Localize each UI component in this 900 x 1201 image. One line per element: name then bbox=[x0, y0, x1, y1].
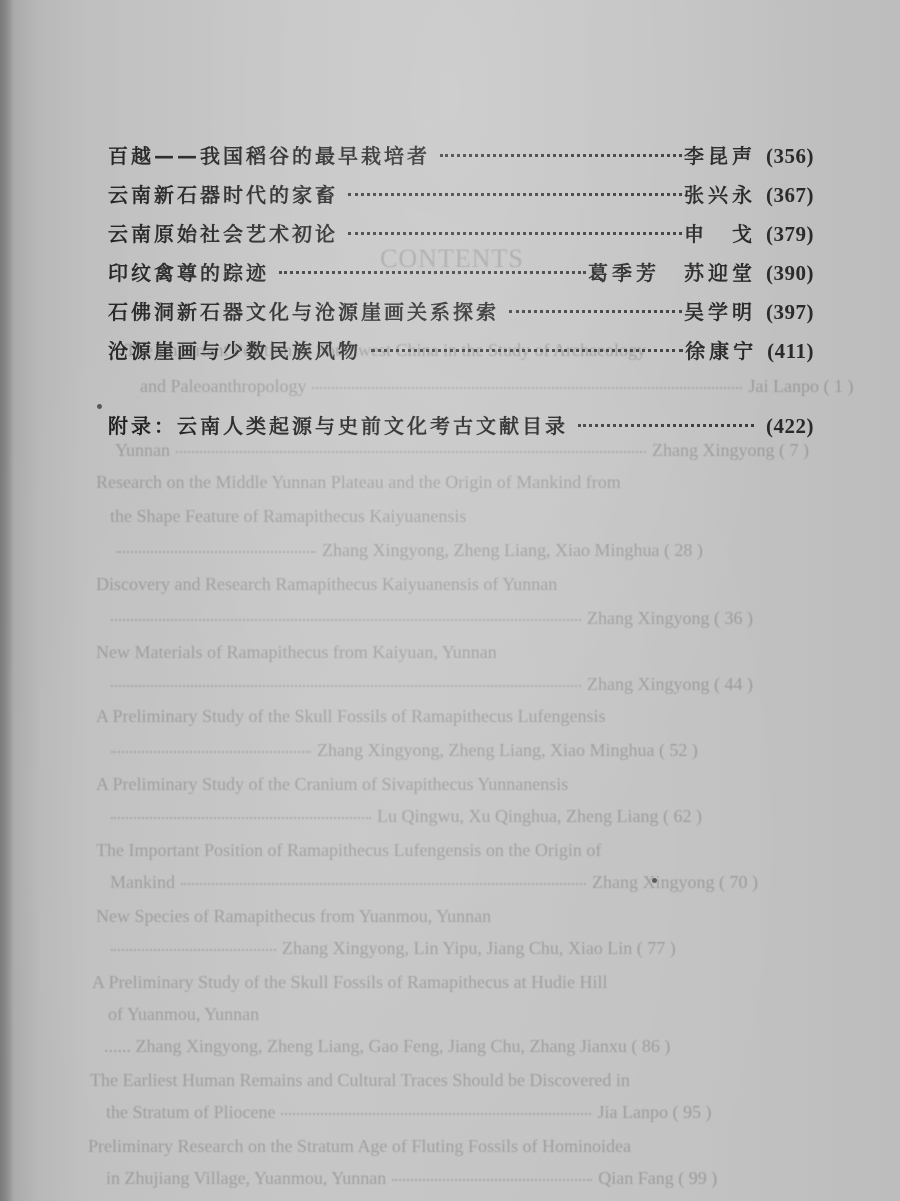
toc-entry-page: (411) bbox=[767, 339, 814, 364]
ghost-contents-line: Zhang Xingyong ( 36 ) bbox=[105, 608, 753, 629]
ghost-contents-line: Zhang Xingyong, Zheng Liang, Xiao Minghu… bbox=[110, 540, 703, 561]
ghost-dot-leader bbox=[181, 883, 586, 885]
ghost-contents-line: of Yuanmou, Yunnan bbox=[108, 1004, 259, 1025]
paper-speck bbox=[97, 404, 102, 409]
ghost-contents-line: ...... Zhang Xingyong, Zheng Liang, Gao … bbox=[104, 1036, 670, 1057]
ghost-contents-line: the Stratum of PlioceneJia Lanpo ( 95 ) bbox=[106, 1102, 711, 1123]
ghost-contents-line: Zhang Xingyong, Lin Yipu, Jiang Chu, Xia… bbox=[105, 938, 676, 959]
ghost-line-text: Discovery and Research Ramapithecus Kaiy… bbox=[96, 574, 557, 594]
dot-leader bbox=[578, 424, 754, 427]
ghost-line-author-page: Jia Lanpo ( 95 ) bbox=[597, 1102, 711, 1122]
toc-entry[interactable]: 印纹禽尊的踪迹 葛季芳 苏迎堂 (390) bbox=[108, 257, 814, 296]
ghost-contents-line: in Zhujiang Village, Yuanmou, YunnanQian… bbox=[106, 1168, 717, 1189]
dot-leader bbox=[371, 349, 683, 352]
ghost-line-text: A Preliminary Study of the Skull Fossils… bbox=[96, 706, 605, 726]
ghost-line-text: New Species of Ramapithecus from Yuanmou… bbox=[96, 906, 491, 926]
toc-entry-title: 云南新石器时代的家畜 bbox=[108, 179, 338, 208]
ghost-line-author-page: Lu Qingwu, Xu Qinghua, Zheng Liang ( 62 … bbox=[377, 806, 702, 826]
ghost-dot-leader bbox=[281, 1113, 591, 1115]
ghost-contents-line: A Preliminary Study of the Skull Fossils… bbox=[96, 706, 605, 727]
toc-entry-author: 李昆声 bbox=[684, 140, 756, 169]
ghost-dot-leader bbox=[116, 551, 316, 553]
ghost-line-text: A Preliminary Study of the Cranium of Si… bbox=[96, 774, 568, 794]
ghost-line-author-page: Zhang Xingyong, Zheng Liang, Xiao Minghu… bbox=[317, 740, 698, 760]
ghost-line-author-page: Zhang Xingyong ( 70 ) bbox=[592, 872, 758, 892]
ghost-contents-line: the Shape Feature of Ramapithecus Kaiyua… bbox=[110, 506, 466, 527]
ghost-line-text: Research on the Middle Yunnan Plateau an… bbox=[96, 472, 621, 492]
ghost-line-author-page: Zhang Xingyong ( 36 ) bbox=[587, 608, 753, 628]
ghost-line-author-page: Zhang Xingyong ( 44 ) bbox=[587, 674, 753, 694]
ghost-dot-leader bbox=[176, 451, 646, 453]
ghost-contents-line: MankindZhang Xingyong ( 70 ) bbox=[110, 872, 758, 893]
paper-speck bbox=[652, 878, 657, 883]
ghost-contents-line: A Preliminary Study of the Cranium of Si… bbox=[96, 774, 568, 795]
toc-entry-page: (379) bbox=[766, 222, 814, 247]
ghost-line-text: the Stratum of Pliocene bbox=[106, 1102, 275, 1122]
ghost-dot-leader bbox=[111, 817, 371, 819]
ghost-line-text: ...... Zhang Xingyong, Zheng Liang, Gao … bbox=[104, 1036, 670, 1056]
ghost-contents-line: The Important Position of Ramapithecus L… bbox=[96, 840, 601, 861]
toc-entry-author: 徐康宁 bbox=[685, 335, 757, 364]
toc-entry[interactable]: 百越——我国稻谷的最早栽培者 李昆声 (356) bbox=[108, 140, 814, 179]
toc-entry-author: 葛季芳 苏迎堂 bbox=[588, 257, 756, 286]
toc-entry[interactable]: 云南新石器时代的家畜 张兴永 (367) bbox=[108, 179, 814, 218]
ghost-line-author-page: Qian Fang ( 99 ) bbox=[598, 1168, 717, 1188]
toc-entry-author: 吴学明 bbox=[684, 296, 756, 325]
toc-entry-page: (422) bbox=[766, 414, 814, 439]
dot-leader bbox=[509, 310, 682, 313]
toc-entry[interactable]: 石佛洞新石器文化与沧源崖画关系探索 吴学明 (397) bbox=[108, 296, 814, 335]
ghost-contents-line: Lu Qingwu, Xu Qinghua, Zheng Liang ( 62 … bbox=[105, 806, 702, 827]
ghost-contents-line: Zhang Xingyong, Zheng Liang, Xiao Minghu… bbox=[105, 740, 698, 761]
toc-entry-author: 申 戈 bbox=[684, 218, 756, 247]
toc-entry-title: 印纹禽尊的踪迹 bbox=[108, 257, 269, 286]
ghost-line-text: the Shape Feature of Ramapithecus Kaiyua… bbox=[110, 506, 466, 526]
dot-leader bbox=[348, 193, 682, 196]
toc-entry-page: (367) bbox=[766, 183, 814, 208]
ghost-line-text: Mankind bbox=[110, 872, 175, 892]
toc-entry-page: (397) bbox=[766, 300, 814, 325]
toc-entry-title: 石佛洞新石器文化与沧源崖画关系探索 bbox=[108, 296, 499, 325]
dot-leader bbox=[279, 271, 586, 274]
toc-entry-title: 百越——我国稻谷的最早栽培者 bbox=[108, 140, 430, 169]
ghost-dot-leader bbox=[111, 685, 581, 687]
toc-entry-page: (356) bbox=[766, 144, 814, 169]
ghost-dot-leader bbox=[111, 949, 276, 951]
chinese-table-of-contents: 百越——我国稻谷的最早栽培者 李昆声 (356) 云南新石器时代的家畜 张兴永 … bbox=[108, 140, 814, 449]
toc-entry[interactable]: 附录：云南人类起源与史前文化考古文献目录 (422) bbox=[108, 410, 814, 449]
ghost-line-text: in Zhujiang Village, Yuanmou, Yunnan bbox=[106, 1168, 386, 1188]
toc-entry[interactable]: 沧源崖画与少数民族风物 徐康宁 (411) bbox=[108, 335, 814, 374]
ghost-dot-leader bbox=[392, 1179, 592, 1181]
toc-entry-page: (390) bbox=[766, 261, 814, 286]
ghost-line-text: A Preliminary Study of the Skull Fossils… bbox=[92, 972, 607, 992]
dot-leader bbox=[440, 154, 682, 157]
ghost-line-text: of Yuanmou, Yunnan bbox=[108, 1004, 259, 1024]
ghost-line-author-page: Zhang Xingyong, Zheng Liang, Xiao Minghu… bbox=[322, 540, 703, 560]
ghost-line-text: New Materials of Ramapithecus from Kaiyu… bbox=[96, 642, 497, 662]
ghost-contents-line: The Earliest Human Remains and Cultural … bbox=[90, 1070, 630, 1091]
ghost-contents-line: Research on the Middle Yunnan Plateau an… bbox=[96, 472, 621, 493]
toc-entry-title: 沧源崖画与少数民族风物 bbox=[108, 335, 361, 364]
ghost-contents-line: Preliminary Research on the Stratum Age … bbox=[88, 1136, 631, 1157]
ghost-line-text: Preliminary Research on the Stratum Age … bbox=[88, 1136, 631, 1156]
ghost-dot-leader bbox=[111, 619, 581, 621]
ghost-line-text: The Earliest Human Remains and Cultural … bbox=[90, 1070, 630, 1090]
ghost-line-author-page: Zhang Xingyong, Lin Yipu, Jiang Chu, Xia… bbox=[282, 938, 676, 958]
toc-entry-author: 张兴永 bbox=[684, 179, 756, 208]
ghost-contents-line: A Preliminary Study of the Skull Fossils… bbox=[92, 972, 607, 993]
toc-entry-title: 附录：云南人类起源与史前文化考古文献目录 bbox=[108, 410, 568, 439]
scanned-book-page: CONTENTS The Important Position of South… bbox=[0, 0, 900, 1201]
ghost-contents-line: New Species of Ramapithecus from Yuanmou… bbox=[96, 906, 491, 927]
ghost-line-text: The Important Position of Ramapithecus L… bbox=[96, 840, 601, 860]
ghost-dot-leader bbox=[111, 751, 311, 753]
ghost-contents-line: New Materials of Ramapithecus from Kaiyu… bbox=[96, 642, 497, 663]
toc-entry[interactable]: 云南原始社会艺术初论 申 戈 (379) bbox=[108, 218, 814, 257]
toc-entry-title: 云南原始社会艺术初论 bbox=[108, 218, 338, 247]
dot-leader bbox=[348, 232, 682, 235]
ghost-contents-line: Zhang Xingyong ( 44 ) bbox=[105, 674, 753, 695]
ghost-contents-line: Discovery and Research Ramapithecus Kaiy… bbox=[96, 574, 557, 595]
